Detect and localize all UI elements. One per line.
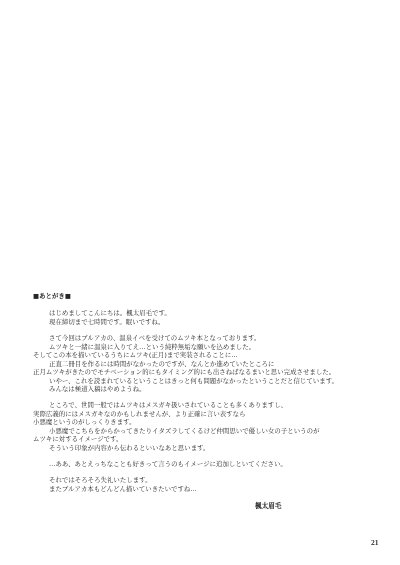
text-line: みんなは極道入稿はやめようね。 [49, 385, 146, 393]
author-signature: 楓太眉毛 [255, 502, 282, 510]
text-line: ムツキと一緒に温泉に入りてえ…という純粋無垢な願いを込めました。 [49, 343, 255, 351]
text-line: そういう印象が内容から伝わるといいなあと思います。 [49, 444, 210, 452]
text-line: …ああ、あとえっちなことも好きって言うのもイメージに追加しといてください。 [49, 460, 287, 468]
text-line: 正月ムツキがきたのでモチベーション的にもタイミング的にも出さねばなるまいと思い完… [33, 368, 335, 376]
text-line: いやー、これを読まれているということはきっと何も問題がなかったということだと信じ… [49, 377, 338, 385]
page-number: 21 [371, 539, 379, 547]
text-line: さて今回はブルアカの、温泉イベを受けてのムツキ本となっております。 [49, 334, 260, 342]
text-line: それではそろそろ失礼いたします。 [49, 476, 152, 484]
afterword-page: ■あとがき■ はじめましてこんにちは。楓太眉毛です。 現在締切まで七時間です。眠… [0, 0, 400, 565]
text-line: ところで、世間一般ではムツキはメスガキ扱いされていることも多くありますし、 [49, 401, 287, 409]
text-line: ムツキに対するイメージです。 [33, 435, 122, 443]
text-line: またブルアカ本もどんどん描いていきたいですね… [49, 485, 197, 493]
text-line: 実際広義的にはメスガキなのかもしれませんが、より正確に言い表すなら [33, 410, 246, 418]
text-line: 現在締切まで七時間です。眠いですね。 [49, 318, 164, 326]
text-line: はじめましてこんにちは。楓太眉毛です。 [49, 309, 171, 317]
text-line: そしてこの本を描いているうちにムツキ(正月)まで実装されることに… [33, 351, 238, 359]
text-line: 小悪魔というのがしっくりきます。 [33, 418, 136, 426]
afterword-heading: ■あとがき■ [33, 292, 71, 300]
text-line: 正直二冊目を作るには時間がなかったのですが、なんとか進めていたところに [49, 360, 274, 368]
text-line: 小悪魔でこちらをからかってきたりイタズラしてくるけど仲間思いで優しい女の子という… [49, 427, 320, 435]
